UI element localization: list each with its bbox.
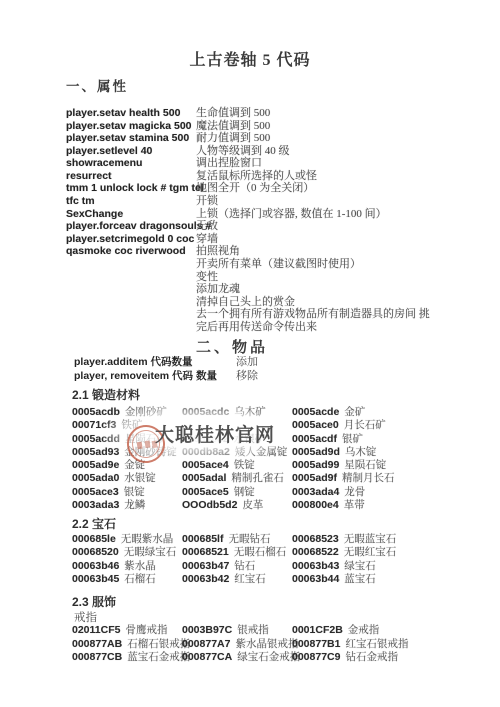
apparel-heading: 2.3 服饰 bbox=[72, 593, 116, 610]
code-cell: 0003B97C银戒指 bbox=[182, 622, 300, 636]
item-label: 水银锭 bbox=[124, 473, 156, 484]
code-cell: 0003ada4龙骨 bbox=[292, 484, 394, 497]
item-code: 00063b47 bbox=[182, 560, 229, 572]
code-cell: 000877AB石榴石银戒指 bbox=[72, 636, 190, 650]
code-cell: 0005ad9e金锭 bbox=[72, 457, 177, 470]
item-code: 00063b46 bbox=[72, 560, 119, 572]
code-cell: 000877C9钻石金戒指 bbox=[292, 649, 408, 663]
code-cell: 000877CA绿宝石金戒指 bbox=[182, 649, 300, 663]
item-label: 无暇石榴石 bbox=[234, 547, 287, 558]
item-label: 无暇红宝石 bbox=[344, 547, 397, 558]
item-label: 银矿 bbox=[342, 434, 363, 445]
item-code: 0005ad9f bbox=[292, 472, 337, 484]
item-code: 0003B97C bbox=[182, 624, 232, 636]
code-cell: OOOdb5d2皮革 bbox=[182, 497, 287, 510]
item-code: 0005adal bbox=[182, 472, 226, 484]
section2-heading: 二、物品 bbox=[196, 336, 268, 357]
code-cell: 0005ad99星陨石锭 bbox=[292, 457, 394, 470]
command-description: 人物等级调到 40 级 bbox=[196, 145, 496, 158]
console-command: player.setav stamina 500 bbox=[66, 132, 201, 145]
code-cell: 00063b43绿宝石 bbox=[292, 558, 396, 571]
item-code: OOOdb5d2 bbox=[182, 499, 237, 511]
code-cell: 0005ace4铁锭 bbox=[182, 457, 287, 470]
item-command: player.additem 代码数量 bbox=[74, 356, 192, 370]
code-cell: 00068523无暇蓝宝石 bbox=[292, 531, 396, 544]
command-description: 调出捏脸窗口 bbox=[196, 157, 496, 170]
item-code: 0005acdd bbox=[72, 433, 120, 445]
item-label: 红宝石银戒指 bbox=[345, 639, 408, 650]
page-title: 上古卷轴 5 代码 bbox=[0, 47, 500, 70]
code-column: 000685le无暇紫水晶00068520无暇绿宝石00063b46紫水晶000… bbox=[72, 531, 176, 584]
watermark-text: 大聪桂林官网 bbox=[155, 420, 275, 447]
item-code: 0005ace3 bbox=[72, 486, 119, 498]
code-cell: 0005ada0水银锭 bbox=[72, 470, 177, 483]
item-command: player, removeitem 代码 数量 bbox=[74, 370, 217, 384]
item-action: 添加 bbox=[236, 356, 258, 370]
code-column: 0001CF2B金戒指000877B1红宝石银戒指000877C9钻石金戒指 bbox=[292, 622, 408, 663]
forging-heading: 2.1 锻造材料 bbox=[72, 386, 140, 403]
item-code: 000877CA bbox=[182, 651, 232, 663]
item-code: 000db8a2 bbox=[182, 446, 230, 458]
item-code: 02011CF5 bbox=[72, 624, 120, 636]
command-description: 去一个拥有所有游戏物品所有制造器具的房间 挑 bbox=[196, 308, 496, 321]
code-cell: 000877A7紫水晶银戒指 bbox=[182, 636, 300, 650]
item-code: 0005ace5 bbox=[182, 486, 229, 498]
item-code: 00068521 bbox=[182, 546, 229, 558]
code-cell: 00063b42红宝石 bbox=[182, 571, 286, 584]
item-label: 绿宝石金戒指 bbox=[237, 652, 300, 663]
code-cell: 0005acdb金刚砂矿 bbox=[72, 404, 177, 417]
item-code: 0005acdb bbox=[72, 406, 120, 418]
item-label: 银戒指 bbox=[237, 625, 269, 636]
gems-heading: 2.2 宝石 bbox=[72, 515, 116, 532]
item-label: 月长石矿 bbox=[344, 420, 386, 431]
item-code: 0005acdf bbox=[292, 433, 337, 445]
command-description: 拍照视角 bbox=[196, 245, 496, 258]
console-command: resurrect bbox=[66, 170, 201, 183]
command-column: player.setav health 500player.setav magi… bbox=[66, 107, 201, 258]
item-code: 00068522 bbox=[292, 546, 339, 558]
command-description: 清掉自己头上的赏金 bbox=[196, 296, 496, 309]
code-cell: 0005ace3银锭 bbox=[72, 484, 177, 497]
console-command: player.forceav dragonsouls # bbox=[66, 220, 201, 233]
item-label: 红宝石 bbox=[234, 574, 266, 585]
command-description: 生命值调到 500 bbox=[196, 107, 496, 120]
code-cell: 00063b44蓝宝石 bbox=[292, 571, 396, 584]
console-command: showracemenu bbox=[66, 157, 201, 170]
code-cell: 00068521无暇石榴石 bbox=[182, 544, 286, 557]
item-code: 0005ad9d bbox=[292, 446, 340, 458]
code-cell: 0005ace5钢锭 bbox=[182, 484, 287, 497]
code-cell: 0005acde金矿 bbox=[292, 404, 394, 417]
code-cell: 02011CF5骨鹰戒指 bbox=[72, 622, 190, 636]
command-description: 无敌 bbox=[196, 220, 496, 233]
item-code: 000877AB bbox=[72, 638, 122, 650]
item-label: 紫水晶银戒指 bbox=[235, 639, 298, 650]
command-description: 添加龙魂 bbox=[196, 283, 496, 296]
item-code: 0005ad9e bbox=[72, 459, 119, 471]
item-code: 000877C9 bbox=[292, 651, 340, 663]
item-command-intro: player.additem 代码数量添加player, removeitem … bbox=[0, 356, 500, 383]
code-column: 02011CF5骨鹰戒指000877AB石榴石银戒指000877CB蓝宝石金戒指 bbox=[72, 622, 190, 663]
item-code: 00068523 bbox=[292, 533, 339, 545]
code-cell: 0005ad9f精制月长石 bbox=[292, 470, 394, 483]
item-code: 000685lf bbox=[182, 533, 223, 545]
item-code: 00068520 bbox=[72, 546, 119, 558]
item-code: 000685le bbox=[72, 533, 116, 545]
item-code: 000877CB bbox=[72, 651, 122, 663]
command-description: 穿墙 bbox=[196, 233, 496, 246]
code-cell: 0001CF2B金戒指 bbox=[292, 622, 408, 636]
document-page: 上古卷轴 5 代码 一、属性 player.setav health 500pl… bbox=[0, 0, 500, 707]
item-label: 金戒指 bbox=[348, 625, 380, 636]
item-code: 0005ace0 bbox=[292, 419, 339, 431]
item-label: 钻石金戒指 bbox=[345, 652, 398, 663]
command-description: 开锁 bbox=[196, 195, 496, 208]
code-cell: 000685le无暇紫水晶 bbox=[72, 531, 176, 544]
intro-row: player, removeitem 代码 数量移除 bbox=[0, 370, 500, 384]
console-command: player.setav magicka 500 bbox=[66, 120, 201, 133]
item-code: 0005ada0 bbox=[72, 472, 119, 484]
item-label: 石榴石 bbox=[124, 574, 156, 585]
item-code: 000877B1 bbox=[292, 638, 340, 650]
item-code: 000877A7 bbox=[182, 638, 230, 650]
code-cell: 00063b47钻石 bbox=[182, 558, 286, 571]
item-code: 0005acdc bbox=[182, 406, 229, 418]
item-code: 0005ace4 bbox=[182, 459, 229, 471]
item-code: 0003ada4 bbox=[292, 486, 339, 498]
console-command: tmm 1 unlock lock # tgm tel bbox=[66, 182, 201, 195]
item-label: 石榴石银戒指 bbox=[127, 639, 190, 650]
command-description: 上锁（选择门或容器, 数值在 1-100 间） bbox=[196, 208, 496, 221]
code-column: 0003B97C银戒指000877A7紫水晶银戒指000877CA绿宝石金戒指 bbox=[182, 622, 300, 663]
item-label: 乌木矿 bbox=[234, 407, 266, 418]
item-label: 蓝宝石 bbox=[344, 574, 376, 585]
item-code: 0001CF2B bbox=[292, 624, 343, 636]
item-code: 0005ad99 bbox=[292, 459, 339, 471]
code-cell: 00068522无暇红宝石 bbox=[292, 544, 396, 557]
console-command: player.setlevel 40 bbox=[66, 145, 201, 158]
item-code: 000800e4 bbox=[292, 499, 339, 511]
item-code: 0005acde bbox=[292, 406, 339, 418]
command-description: 开卖所有菜单（建议截图时使用） bbox=[196, 258, 496, 271]
command-description: 完后再用传送命令传出来 bbox=[196, 321, 496, 334]
code-cell: 000800e4革带 bbox=[292, 497, 394, 510]
item-code: 00071cf3 bbox=[72, 419, 116, 431]
code-cell: 000877CB蓝宝石金戒指 bbox=[72, 649, 190, 663]
item-label: 骨鹰戒指 bbox=[125, 625, 167, 636]
console-command: tfc tm bbox=[66, 195, 201, 208]
code-cell: 000877B1红宝石银戒指 bbox=[292, 636, 408, 650]
code-column: 0005acde金矿0005ace0月长石矿0005acdf银矿0005ad9d… bbox=[292, 404, 394, 510]
code-cell: 00063b46紫水晶 bbox=[72, 558, 176, 571]
item-label: 绿宝石 bbox=[344, 561, 376, 572]
command-description: 地图全开（0 为全关闭） bbox=[196, 182, 496, 195]
code-column: 00068523无暇蓝宝石00068522无暇红宝石00063b43绿宝石000… bbox=[292, 531, 396, 584]
item-code: 00063b43 bbox=[292, 560, 339, 572]
console-command: player.setcrimegold 0 coc bbox=[66, 233, 201, 246]
console-command: SexChange bbox=[66, 208, 201, 221]
description-column: 生命值调到 500魔法值调到 500耐力值调到 500人物等级调到 40 级调出… bbox=[196, 107, 496, 333]
code-cell: 0003ada3龙鳞 bbox=[72, 497, 177, 510]
code-cell: 0005ad9d乌木锭 bbox=[292, 444, 394, 457]
code-cell: 00068520无暇绿宝石 bbox=[72, 544, 176, 557]
console-command: qasmoke coc riverwood bbox=[66, 245, 201, 258]
code-cell: 0005adal精制孔雀石 bbox=[182, 470, 287, 483]
item-label: 精制月长石 bbox=[342, 473, 395, 484]
code-cell: 0005acdc乌木矿 bbox=[182, 404, 287, 417]
command-description: 复活鼠标所选择的人或怪 bbox=[196, 170, 496, 183]
console-command: player.setav health 500 bbox=[66, 107, 201, 120]
item-code: 0005ad93 bbox=[72, 446, 119, 458]
item-code: 00063b42 bbox=[182, 573, 229, 585]
code-cell: 000685lf无暇钻石 bbox=[182, 531, 286, 544]
item-code: 0003ada3 bbox=[72, 499, 119, 511]
code-cell: 0005acdf银矿 bbox=[292, 431, 394, 444]
intro-row: player.additem 代码数量添加 bbox=[0, 356, 500, 370]
item-label: 钻石 bbox=[234, 561, 255, 572]
code-cell: 00063b45石榴石 bbox=[72, 571, 176, 584]
code-cell: 0005ace0月长石矿 bbox=[292, 417, 394, 430]
item-action: 移除 bbox=[236, 370, 258, 384]
command-description: 耐力值调到 500 bbox=[196, 132, 496, 145]
item-label: 龙鳞 bbox=[124, 500, 145, 511]
item-label: 无暇绿宝石 bbox=[124, 547, 177, 558]
item-label: 皮革 bbox=[242, 500, 263, 511]
item-label: 紫水晶 bbox=[124, 561, 156, 572]
item-label: 精制孔雀石 bbox=[231, 473, 284, 484]
command-description: 魔法值调到 500 bbox=[196, 120, 496, 133]
item-label: 蓝宝石金戒指 bbox=[127, 652, 190, 663]
item-code: 00063b45 bbox=[72, 573, 119, 585]
command-description: 变性 bbox=[196, 271, 496, 284]
code-column: 000685lf无暇钻石00068521无暇石榴石00063b47钻石00063… bbox=[182, 531, 286, 584]
item-label: 革带 bbox=[344, 500, 365, 511]
item-code: 00063b44 bbox=[292, 573, 339, 585]
section1-heading: 一、属性 bbox=[66, 75, 128, 95]
